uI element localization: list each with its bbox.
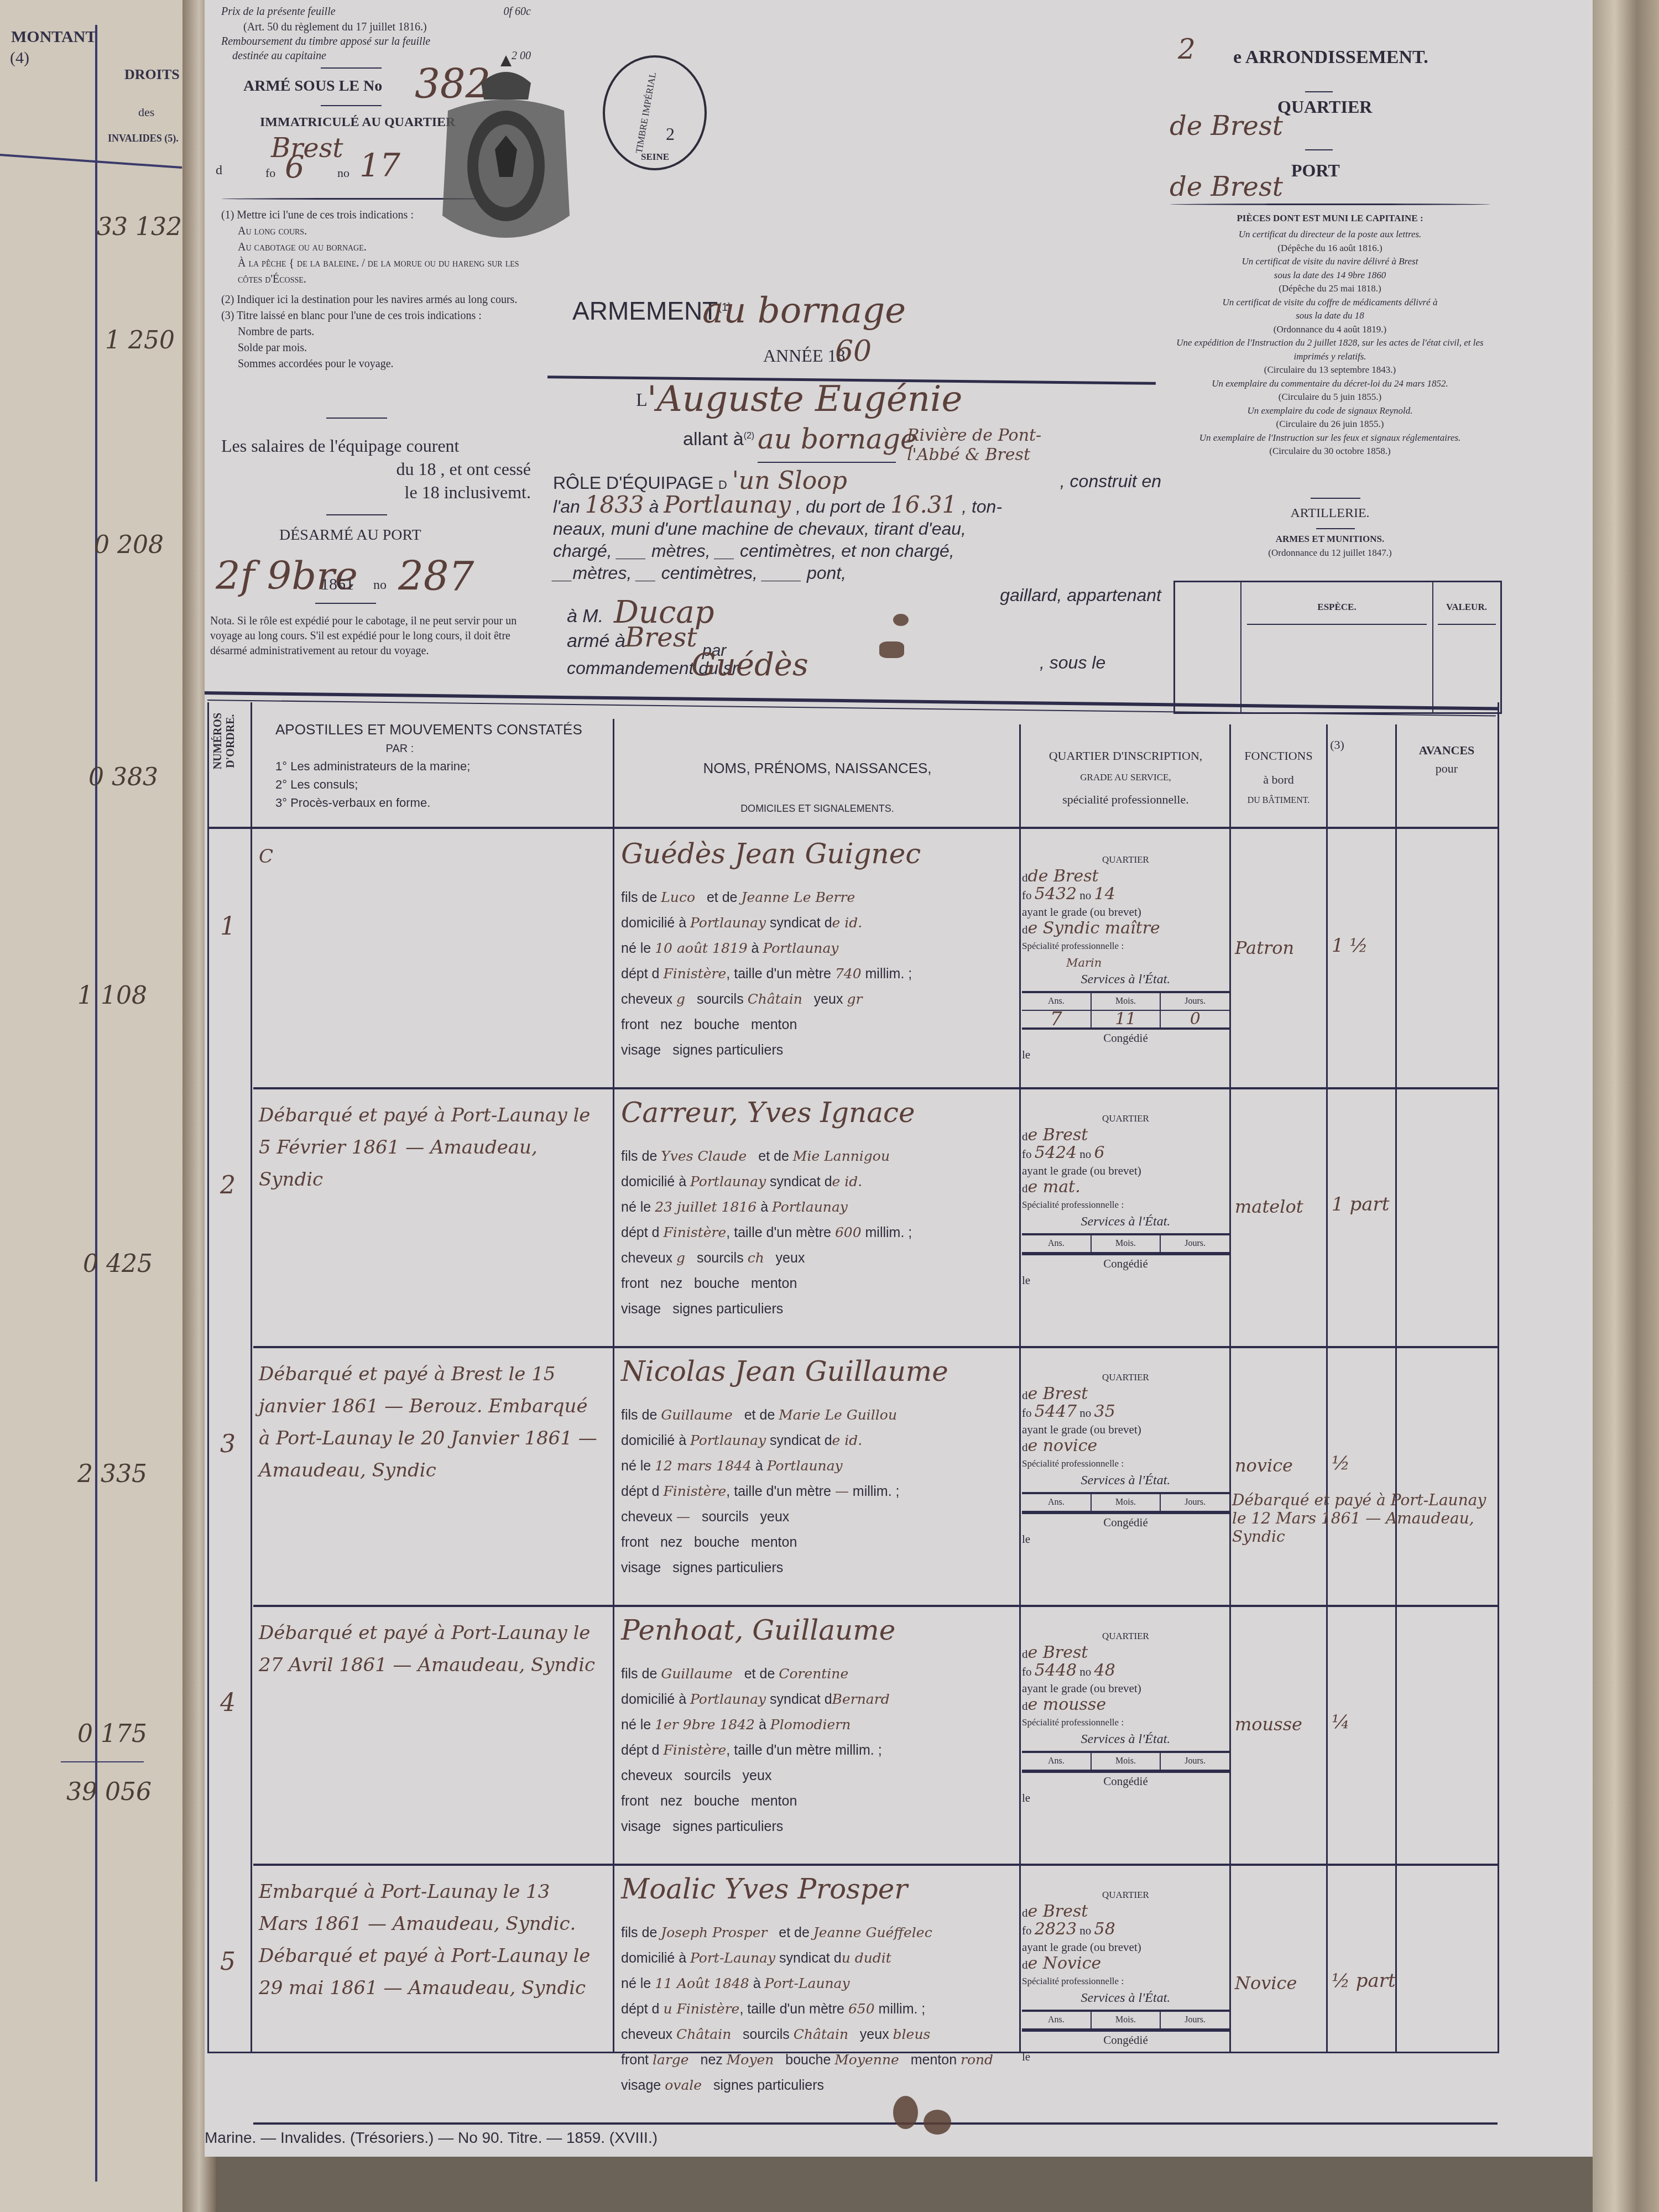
field-mois [1092,1511,1160,1512]
inscription: QUARTIER dde Brest fo 5432 no 14 ayant l… [1022,852,1229,1063]
label-domicilie: domicilié à [621,1950,686,1966]
field-bouche: Moyenne [834,2052,899,2068]
label-sourcils: sourcils [743,2027,790,2042]
arme-sous-label: ARMÉ SOUS LE No [243,77,382,95]
field-birth-place: Portlaunay [763,940,838,956]
label-quartier: QUARTIER [1022,1887,1229,1903]
fonction: novice [1235,1455,1293,1476]
label-grade: ayant le grade (ou brevet) [1022,1680,1229,1697]
field-birth-place: Plomodiern [770,1717,851,1733]
field-cheveux: g [676,1250,685,1266]
field-mother: Corentine [779,1666,848,1682]
label-menton: menton [751,1793,797,1809]
field-jours [1161,2028,1229,2030]
label-cheveux: cheveux [621,1768,672,1783]
label-ne-le: né le [621,1199,651,1215]
crew-roll-page: Prix de la présente feuille 0f 60c (Art.… [205,0,1604,2157]
field-ans [1022,1252,1091,1253]
field-birth-place: Portlaunay [767,1458,843,1474]
label-specialite: Spécialité professionnelle : [1022,1455,1229,1472]
field-cheveux: g [676,991,685,1007]
label-syndicat: syndicat d [779,1950,842,1966]
apostille: Débarqué et payé à Port-Launay le 5 Févr… [259,1099,602,1196]
label-yeux: yeux [743,1768,772,1783]
label-grade: ayant le grade (ou brevet) [1022,1162,1229,1179]
pieces-title: PIÈCES DONT EST MUNI LE CAPITAINE : [1170,213,1490,224]
label-mois: Mois. [1092,1753,1160,1770]
amount: 1 108 [77,982,147,1010]
label-specialite: Spécialité professionnelle : [1022,1197,1229,1213]
label-ans: Ans. [1022,1494,1091,1511]
label-quartier: QUARTIER [1022,1369,1229,1386]
field-height: 600 [835,1224,862,1240]
droits-invalides: INVALIDES (5). [108,133,179,144]
inscription: QUARTIER de Brest fo 5447 no 35 ayant le… [1022,1369,1229,1547]
label-dep: dépt d [621,2001,660,2017]
label-jours: Jours. [1161,993,1229,1010]
label-front: front [621,1017,649,1032]
field-height: 740 [835,966,862,982]
parts: ½ [1332,1452,1350,1474]
amount: 0 425 [83,1250,153,1278]
field-birth-date: 1er 9bre 1842 [655,1717,755,1733]
label-millim: millim. ; [865,966,912,982]
fonction: Novice [1235,1973,1297,1994]
label-et-de: et de [707,890,738,905]
montant-note: (4) [10,49,29,67]
label-folio: fo [1022,1406,1032,1420]
crew-name: Nicolas Jean Guillaume [621,1355,948,1387]
field-domicile: Portlaunay [690,1173,766,1190]
parts: ½ part [1332,1970,1396,1992]
label-visage: visage [621,1560,661,1575]
order-number: 4 [220,1689,236,1717]
label-dep: dépt d [621,1225,660,1240]
label-taille: , taille d'un mètre [726,1225,831,1240]
label-ans: Ans. [1022,1753,1091,1770]
parts: 1 part [1332,1193,1389,1215]
label-bouche: bouche [694,1276,739,1291]
label-specialite: Spécialité professionnelle : [1022,1973,1229,1990]
amount: 33 132 [97,213,182,241]
immatricule-label: IMMATRICULÉ AU QUARTIER [260,115,455,130]
field-grade: e novice [1028,1436,1098,1455]
field-dept: Finistère [663,966,726,982]
field-quartier: e Brest [1028,1902,1088,1921]
label-ans: Ans. [1022,1235,1091,1252]
order-number: 3 [220,1430,236,1458]
field-quartier: e Brest [1028,1384,1088,1404]
field-dept: Finistère [663,1742,726,1758]
label-domicilie: domicilié à [621,1174,686,1190]
label-menton: menton [751,1276,797,1291]
field-syndicat: u dudit [842,1950,891,1966]
label-conge: Congédié [1022,1771,1229,1790]
label-nez: nez [660,1793,682,1809]
label-syndicat: syndicat d [770,915,832,931]
field-visage: ovale [665,2077,702,2093]
field-ans: 7 [1022,1010,1091,1027]
inscription: QUARTIER de Brest fo 5448 no 48 ayant le… [1022,1628,1229,1806]
label-services: Services à l'État. [1022,1731,1229,1747]
field-domicile: Portlaunay [690,1432,766,1448]
amount-total: 39 056 [66,1778,152,1806]
label-yeux: yeux [860,2027,889,2042]
desarme-year: 1861 [321,575,354,594]
label-services: Services à l'État. [1022,1990,1229,2006]
label-menton: menton [911,2052,957,2068]
label-jours: Jours. [1161,2012,1229,2028]
label-nez: nez [660,1276,682,1291]
signalement: fils de Guillaume et de Marie Le Guillou… [621,1402,1016,1580]
field-grade: e mousse [1028,1695,1107,1714]
field-num: 6 [1094,1143,1105,1162]
label-jours: Jours. [1161,1235,1229,1252]
field-birth-date: 12 mars 1844 [655,1458,752,1474]
field-father: Luco [661,889,695,905]
build-year: 1833 [585,491,644,518]
label-front: front [621,1276,649,1291]
imperial-stamp: TIMBRE IMPÉRIAL 2 SEINE [603,55,707,170]
label-nez: nez [700,2052,722,2068]
field-jours [1161,1511,1229,1512]
label-taille: , taille d'un mètre [739,2001,844,2017]
port-label: PORT [1291,160,1340,181]
field-birth-place: Portlaunay [772,1199,848,1215]
field-ans [1022,1770,1091,1771]
label-numero: no [1079,1665,1091,1678]
field-folio: 2823 [1035,1919,1077,1939]
label-numero: no [1079,1924,1091,1937]
label-le: le [1022,2048,1229,2065]
crew-name: Carreur, Yves Ignace [621,1097,915,1129]
field-specialite: Marin [1022,954,1229,971]
label-front: front [621,2052,649,2068]
crew-name: Moalic Yves Prosper [621,1873,907,1905]
label-yeux: yeux [760,1509,790,1525]
label-bouche: bouche [694,1017,739,1032]
field-quartier: e Brest [1028,1125,1088,1145]
field-sourcils: Châtain [794,2026,848,2042]
label-fils-de: fils de [621,1407,657,1423]
label-signes: signes particuliers [672,1819,783,1834]
label-menton: menton [751,1535,797,1550]
destination-extra: Rivière de Pont-l'Abbé & Brest [907,426,1089,465]
label-jours: Jours. [1161,1753,1229,1770]
field-father: Guillaume [661,1666,733,1682]
inscription: QUARTIER de Brest fo 5424 no 6 ayant le … [1022,1110,1229,1288]
label-cheveux: cheveux [621,2027,672,2042]
field-mois: 11 [1092,1010,1160,1027]
label-sourcils: sourcils [697,1250,744,1266]
field-domicile: Port-Launay [690,1950,775,1966]
armes-ordonnance: (Ordonnance du 12 juillet 1847.) [1170,547,1490,559]
parts: 1 ½ [1332,935,1368,957]
apostille: Débarqué et payé à Brest le 15 janvier 1… [259,1358,602,1486]
field-folio: 5424 [1035,1143,1077,1162]
fonction: Patron [1235,937,1294,958]
field-mother: Marie Le Guillou [779,1407,897,1423]
label-visage: visage [621,1042,661,1058]
fonctions-header: FONCTIONS à bord DU BÂTIMENT. [1231,747,1326,807]
field-menton: rond [961,2052,993,2068]
label-folio: fo [1022,889,1032,902]
book-page-edges [1593,0,1659,2212]
label-sourcils: sourcils [702,1509,749,1525]
immat-number: 17 [359,147,400,184]
label-folio: fo [1022,1924,1032,1937]
fonction-note: Débarqué et payé à Port-Launay le 12 Mar… [1232,1491,1492,1546]
order-number: 2 [220,1171,236,1199]
field-sourcils: ch [748,1250,764,1266]
field-father: Joseph Prosper [661,1924,767,1940]
label-bouche: bouche [694,1535,739,1550]
field-cheveux: — [676,1509,690,1525]
label-yeux: yeux [814,992,843,1007]
label-nez: nez [660,1535,682,1550]
artillery-table: ESPÈCE. VALEUR. [1173,581,1502,714]
label-mois: Mois. [1092,993,1160,1010]
apostille: Embarqué à Port-Launay le 13 Mars 1861 —… [259,1876,602,2004]
label-millim: millim. ; [835,1743,882,1758]
label-signes: signes particuliers [713,2078,824,2093]
quartier-value: de Brest [1170,111,1283,142]
label-signes: signes particuliers [672,1301,783,1317]
label-specialite: Spécialité professionnelle : [1022,938,1229,954]
label-ans: Ans. [1022,993,1091,1010]
reimbursement-line: Remboursement du timbre apposé sur la fe… [221,35,430,48]
build-place: Portlaunay [664,491,791,518]
crew-row: 2 Débarqué et payé à Port-Launay le 5 Fé… [209,1088,1498,1348]
field-folio: 5448 [1035,1661,1077,1680]
label-a: à [760,1199,768,1215]
field-mother: Jeanne Guéffelec [813,1924,932,1940]
label-et-de: et de [744,1407,775,1423]
label-ne-le: né le [621,1976,651,1991]
field-mois [1092,1252,1160,1253]
label-visage: visage [621,1301,661,1317]
allant-label: allant à(2) [683,429,754,450]
field-dept: u Finistère [663,2001,739,2017]
immat-quartier: Brest [271,133,343,164]
apostilles-header: APOSTILLES ET MOUVEMENTS CONSTATÉS PAR :… [253,719,635,812]
field-nez: Moyen [727,2052,774,2068]
label-et-de: et de [744,1666,775,1682]
ship-name: 'Auguste Eugénie [647,379,962,420]
armement-type: au bornage [702,290,906,331]
col3-header: (3) [1329,735,1345,754]
quartier-label: QUARTIER [1277,97,1372,117]
label-fils-de: fils de [621,1149,657,1164]
label-quartier: QUARTIER [1022,1110,1229,1127]
price-line: Prix de la présente feuille 0f 60c [221,6,531,18]
amount: 0 175 [77,1720,147,1748]
field-sourcils: Châtain [748,991,802,1007]
label-grade: ayant le grade (ou brevet) [1022,904,1229,920]
noms-header: NOMS, PRÉNOMS, NAISSANCES, DOMICILES ET … [618,758,1016,816]
field-folio: 5447 [1035,1402,1077,1421]
label-menton: menton [751,1017,797,1032]
label-syndicat: syndicat d [770,1692,832,1707]
label-conge: Congédié [1022,1512,1229,1531]
label-et-de: et de [758,1149,789,1164]
label-visage: visage [621,1819,661,1834]
field-height: — [835,1483,849,1499]
label-conge: Congédié [1022,1027,1229,1046]
label-sourcils: sourcils [697,992,744,1007]
field-num: 14 [1094,884,1115,904]
order-number: 1 [220,912,236,941]
label-cheveux: cheveux [621,1250,672,1266]
amount: 0 383 [88,763,158,791]
label-a: à [755,1458,763,1474]
label-fils-de: fils de [621,890,657,905]
desarme-label: DÉSARMÉ AU PORT [279,526,421,544]
valeur-header: VALEUR. [1433,602,1500,613]
label-a: à [753,1976,761,1991]
label-nez: nez [660,1017,682,1032]
label-millim: millim. ; [865,1225,912,1240]
label-ne-le: né le [621,1717,651,1733]
pieces-list: Un certificat du directeur de la poste a… [1167,228,1493,458]
field-birth-date: 23 juillet 1816 [655,1199,757,1215]
label-taille: , taille d'un mètre [726,966,831,982]
label-numero: no [1079,1147,1091,1161]
field-grade: e Syndic maître [1028,919,1160,938]
label-ans: Ans. [1022,2012,1091,2028]
label-grade: ayant le grade (ou brevet) [1022,1421,1229,1438]
annee-value: 60 [835,335,872,368]
field-yeux: gr [847,991,862,1007]
label-folio: fo [1022,1665,1032,1678]
field-cheveux: Châtain [676,2026,731,2042]
label-front: front [621,1535,649,1550]
label-dep: dépt d [621,1484,660,1499]
field-father: Yves Claude [661,1148,747,1164]
label-visage: visage [621,2078,661,2093]
label-cheveux: cheveux [621,992,672,1007]
signalement: fils de Joseph Prosper et de Jeanne Guéf… [621,1920,1016,2098]
label-bouche: bouche [694,1793,739,1809]
amount: 2 335 [77,1460,147,1488]
field-syndicat: e id. [832,1173,863,1190]
field-ans [1022,1511,1091,1512]
field-yeux: bleus [893,2026,931,2042]
label-front: front [621,1793,649,1809]
crew-row: 1 C Guédès Jean Guignec fils de Luco et … [209,830,1498,1089]
fonction: mousse [1235,1714,1302,1735]
field-dept: Finistère [663,1483,726,1499]
label-dep: dépt d [621,1743,660,1758]
label-domicilie: domicilié à [621,915,686,931]
armed-at-port: Brest [625,622,697,653]
label-fils-de: fils de [621,1666,657,1682]
field-front: large [653,2052,689,2068]
droits-header: DROITS [124,66,180,83]
label-conge: Congédié [1022,1253,1229,1272]
field-birth-place: Port-Launay [765,1975,850,1991]
label-et-de: et de [779,1925,810,1940]
label-le: le [1022,1272,1229,1288]
label-mois: Mois. [1092,2012,1160,2028]
montant-header: MONTANT [11,28,96,46]
immat-folio: 6 [285,149,305,185]
label-bouche: bouche [785,2052,831,2068]
field-height: 650 [848,2001,875,2017]
apostille: Débarqué et payé à Port-Launay le 27 Avr… [259,1617,602,1681]
field-jours [1161,1252,1229,1253]
parts: ¼ [1332,1711,1350,1733]
quartier-header: QUARTIER D'INSCRIPTION, GRADE AU SERVICE… [1022,747,1229,808]
label-a: à [752,941,759,956]
label-syndicat: syndicat d [770,1433,832,1448]
label-le: le [1022,1790,1229,1806]
field-ans [1022,2028,1091,2030]
field-mother: Jeanne Le Berre [741,889,855,905]
avances-header: AVANCES pour [1397,741,1496,778]
field-syndicat: Bernard [832,1691,890,1707]
price-article: (Art. 50 du règlement du 17 juillet 1816… [243,21,427,34]
field-domicile: Portlaunay [690,915,766,931]
label-mois: Mois. [1092,1494,1160,1511]
arrondissement-number: 2 [1178,33,1196,65]
label-ne-le: né le [621,941,651,956]
field-dept: Finistère [663,1224,726,1240]
annee-label: ANNÉE 18 [763,346,845,366]
inscription: QUARTIER de Brest fo 2823 no 58 ayant le… [1022,1887,1229,2065]
label-services: Services à l'État. [1022,1213,1229,1230]
espece-header: ESPÈCE. [1241,602,1432,613]
label-le: le [1022,1531,1229,1547]
label-taille: , taille d'un mètre [726,1484,831,1499]
label-yeux: yeux [776,1250,805,1266]
droits-des: des [138,105,154,119]
label-quartier: QUARTIER [1022,852,1229,868]
label-conge: Congédié [1022,2030,1229,2048]
signalement: fils de Luco et de Jeanne Le Berre domic… [621,885,1016,1063]
field-folio: 5432 [1035,884,1077,904]
label-fils-de: fils de [621,1925,657,1940]
field-num: 48 [1094,1661,1115,1680]
label-domicilie: domicilié à [621,1433,686,1448]
label-quartier: QUARTIER [1022,1628,1229,1645]
field-birth-date: 10 août 1819 [655,940,747,956]
field-num: 35 [1094,1402,1115,1421]
label-millim: millim. ; [879,2001,926,2017]
label-syndicat: syndicat d [770,1174,832,1190]
label-grade: ayant le grade (ou brevet) [1022,1939,1229,1955]
label-domicilie: domicilié à [621,1692,686,1707]
label-signes: signes particuliers [672,1042,783,1058]
field-syndicat: e id. [832,915,863,931]
armes-title: ARMES ET MUNITIONS. [1170,534,1490,545]
signalement: fils de Guillaume et de Corentine domici… [621,1661,1016,1839]
label-signes: signes particuliers [672,1560,783,1575]
salaires-block: Les salaires de l'équipage courent du 18… [221,434,531,504]
apostille: C [259,841,602,873]
numeros-header: NUMÉROS D'ORDRE. [212,697,237,785]
crew-name: Penhoat, Guillaume [621,1614,895,1646]
label-cheveux: cheveux [621,1509,672,1525]
field-quartier: e Brest [1028,1643,1088,1662]
desarme-number: 287 [398,553,474,599]
field-domicile: Portlaunay [690,1691,766,1707]
captain-name: Guédès [691,647,808,683]
order-number: 5 [220,1948,236,1976]
crew-row: 3 Débarqué et payé à Brest le 15 janvier… [209,1347,1498,1607]
label-numero: no [1079,1406,1091,1420]
field-birth-date: 11 Août 1848 [655,1975,749,1991]
